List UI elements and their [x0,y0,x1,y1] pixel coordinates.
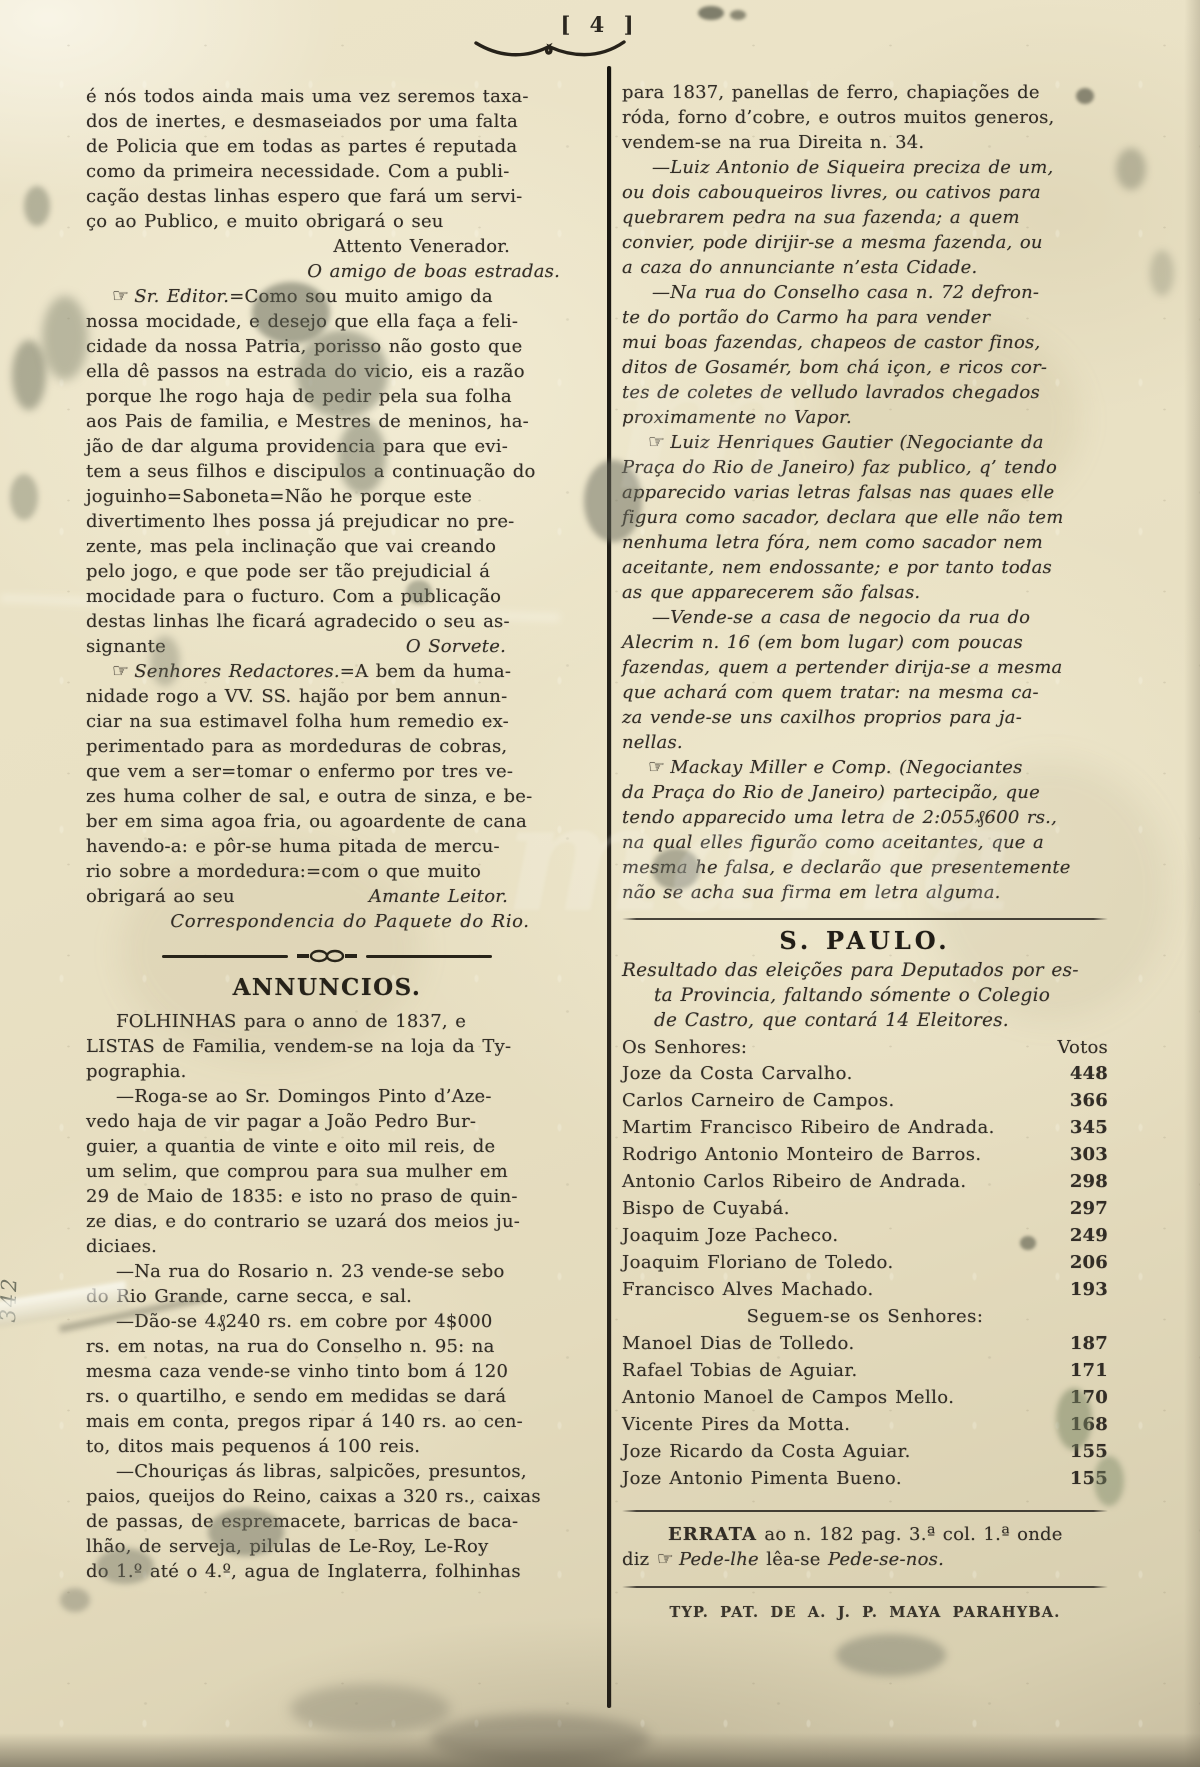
letter-salutation: Sr. Editor. [134,286,229,307]
page-bottom-edge [0,1733,1200,1767]
ad-roga-se: —Roga-se ao Sr. Domingos Pinto d’Aze- ve… [86,1084,568,1259]
vote-subheader: Seguem-se os Senhores: [622,1303,1108,1330]
ad-rosario: —Na rua do Rosario n. 23 vende-se sebo d… [86,1259,568,1309]
errata-correct: Pede-se-nos. [828,1549,944,1570]
vote-row: Joze Ricardo da Costa Aguiar.155 [622,1438,1108,1465]
vote-name: Rodrigo Antonio Monteiro de Barros. [622,1141,981,1168]
letter-separator: = [340,661,355,682]
manicule-icon: ☞ [648,431,665,453]
right-column: para 1837, panellas de ferro, chapiações… [622,80,1108,1625]
vote-count: 298 [1070,1168,1108,1195]
errata-rest: ao n. 182 pag. 3.ª col. 1.ª onde [757,1524,1063,1545]
letter-body: Como sou muito amigo da nossa mocidade, … [86,286,536,632]
letter-last-word: obrigará ao seu [86,884,235,909]
ad-siqueira: —Luiz Antonio de Siqueira preciza de um,… [622,155,1108,280]
vote-count: 155 [1070,1438,1108,1465]
ink-stain [60,1588,90,1612]
letter-body: A bem da huma- nidade rogo a VV. SS. haj… [86,661,532,882]
manicule-icon: ☞ [112,285,129,307]
vote-table-header: Os Senhores: Votos [622,1035,1108,1060]
errata-line2: diz ☞Pede-lhe lêa-se Pede-se-nos. [622,1547,1108,1572]
ink-stain [12,340,46,410]
vote-name: Joze da Costa Carvalho. [622,1060,853,1087]
left-column: é nós todos ainda mais uma vez seremos t… [86,84,568,1584]
vote-count: 168 [1070,1411,1108,1438]
errata: ERRATA ao n. 182 pag. 3.ª col. 1.ª onde … [622,1522,1108,1572]
vote-row: Antonio Carlos Ribeiro de Andrada.298 [622,1168,1108,1195]
manicule-icon: ☞ [648,756,665,778]
vote-count: 303 [1070,1141,1108,1168]
vote-row: Joze da Costa Carvalho.448 [622,1060,1108,1087]
errata-wrong: Pede-lhe [679,1549,759,1570]
ink-stain [290,1684,450,1734]
page-right-edge [1184,0,1200,1767]
section-divider-ornament [162,949,492,963]
ad-chouricas: —Chouriças ás libras, salpicões, presunt… [86,1459,568,1584]
vote-row: Joaquim Floriano de Toledo.206 [622,1249,1108,1276]
ad-conselho-72: —Na rua do Conselho casa n. 72 defron- t… [622,280,1108,430]
vote-name: Francisco Alves Machado. [622,1276,874,1303]
vote-name: Vicente Pires da Motta. [622,1411,850,1438]
ad-body: Luiz Henriques Gautier (Negociante da Pr… [622,432,1064,603]
letter-last-word: signante [86,634,166,659]
vote-header-votes: Votos [1058,1035,1109,1060]
vote-name: Rafael Tobias de Aguiar. [622,1357,858,1384]
ink-stain [1150,250,1174,296]
ink-stain [24,186,50,226]
ink-stain [836,1634,946,1676]
vote-name: Manoel Dias de Tolledo. [622,1330,855,1357]
column-divider-rule [607,66,611,1708]
vote-count: 170 [1070,1384,1108,1411]
letter-signature: Amante Leitor. [369,884,568,909]
errata-line1: ERRATA ao n. 182 pag. 3.ª col. 1.ª onde [622,1522,1108,1547]
vote-name: Antonio Manoel de Campos Mello. [622,1384,954,1411]
ad-alecrim-16: —Vende-se a casa de negocio da rua do Al… [622,605,1108,755]
letter-to-redactores: ☞Senhores Redactores.=A bem da huma- nid… [86,659,568,884]
vote-count: 193 [1070,1276,1108,1303]
ink-stain [430,1714,650,1764]
ad-cambio-cobre: —Dão-se 4₰240 rs. em cobre por 4$000 rs.… [86,1309,568,1459]
election-intro: Resultado das eleições para Deputados po… [622,958,1108,1033]
ornament-line [162,955,288,958]
spaulo-heading: S. PAULO. [622,928,1108,953]
vote-name: Joaquim Floriano de Toledo. [622,1249,894,1276]
vote-row: Vicente Pires da Motta.168 [622,1411,1108,1438]
vote-count: 206 [1070,1249,1108,1276]
vote-count: 345 [1070,1114,1108,1141]
vote-row: Bispo de Cuyabá.297 [622,1195,1108,1222]
ink-stain [42,296,88,380]
vote-row: Martim Francisco Ribeiro de Andrada.345 [622,1114,1108,1141]
letter-to-editor: ☞Sr. Editor.=Como sou muito amigo da nos… [86,284,568,634]
correspondence-credit: Correspondencia do Paquete do Rio. [86,909,568,934]
manicule-icon: ☞ [112,660,129,682]
letter-separator: = [229,286,244,307]
chain-ornament-icon [295,949,359,963]
vote-count: 171 [1070,1357,1108,1384]
vote-row: Joaquim Joze Pacheco.249 [622,1222,1108,1249]
vote-row: Carlos Carneiro de Campos.366 [622,1087,1108,1114]
letter-salutation: Senhores Redactores. [134,661,340,682]
vote-name: Bispo de Cuyabá. [622,1195,790,1222]
ad-gautier: ☞Luiz Henriques Gautier (Negociante da P… [622,430,1108,605]
vote-name: Joze Antonio Pimenta Bueno. [622,1465,902,1492]
ad-body: Mackay Miller e Comp. (Negociantes da Pr… [622,757,1071,903]
signature-line: signante O Sorvete. [86,634,568,659]
section-rule [622,1510,1108,1512]
vote-count: 448 [1070,1060,1108,1087]
vote-count: 155 [1070,1465,1108,1492]
vote-row: Joze Antonio Pimenta Bueno.155 [622,1465,1108,1492]
signature-line: obrigará ao seu Amante Leitor. [86,884,568,909]
imprint: TYP. PAT. DE A. J. P. MAYA PARAHYBA. [622,1600,1108,1625]
ink-stain [1116,148,1146,190]
section-rule [622,1586,1108,1588]
vote-name: Carlos Carneiro de Campos. [622,1087,895,1114]
ad-folhinhas: FOLHINHAS para o anno de 1837, e LISTAS … [86,1009,568,1084]
vote-count: 297 [1070,1195,1108,1222]
vote-name: Martim Francisco Ribeiro de Andrada. [622,1114,995,1141]
signature-line: Attento Venerador. [86,234,568,259]
signature-line: O amigo de boas estradas. [86,259,568,284]
errata-diz: diz [622,1549,657,1570]
vote-count: 187 [1070,1330,1108,1357]
margin-note: 342 [0,1276,22,1323]
vote-table: Os Senhores: Votos Joze da Costa Carvalh… [622,1035,1108,1492]
vote-name: Joze Ricardo da Costa Aguiar. [622,1438,911,1465]
annuncios-heading: ANNUNCIOS. [86,975,568,1000]
ornament-line [366,955,492,958]
page-number: [ 4 ] [0,12,1200,37]
vote-name: Antonio Carlos Ribeiro de Andrada. [622,1168,967,1195]
vote-row: Rafael Tobias de Aguiar.171 [622,1357,1108,1384]
vote-row: Manoel Dias de Tolledo.187 [622,1330,1108,1357]
letter-continuation: é nós todos ainda mais uma vez seremos t… [86,84,568,234]
vote-count: 366 [1070,1087,1108,1114]
vote-row: Rodrigo Antonio Monteiro de Barros.303 [622,1141,1108,1168]
errata-word: ERRATA [668,1524,757,1545]
errata-lease: lêa-se [759,1549,828,1570]
manicule-icon: ☞ [657,1548,674,1570]
ad-mackay-miller: ☞Mackay Miller e Comp. (Negociantes da P… [622,755,1108,905]
vote-row: Antonio Manoel de Campos Mello.170 [622,1384,1108,1411]
vote-header-names: Os Senhores: [622,1035,747,1060]
page-number-ornament [470,38,630,66]
ink-stain [10,474,38,520]
vote-count: 249 [1070,1222,1108,1249]
vote-name: Joaquim Joze Pacheco. [622,1222,838,1249]
vote-row: Francisco Alves Machado.193 [622,1276,1108,1303]
letter-signature: O Sorvete. [406,634,568,659]
section-rule [622,918,1108,920]
ad-continuation: para 1837, panellas de ferro, chapiações… [622,80,1108,155]
